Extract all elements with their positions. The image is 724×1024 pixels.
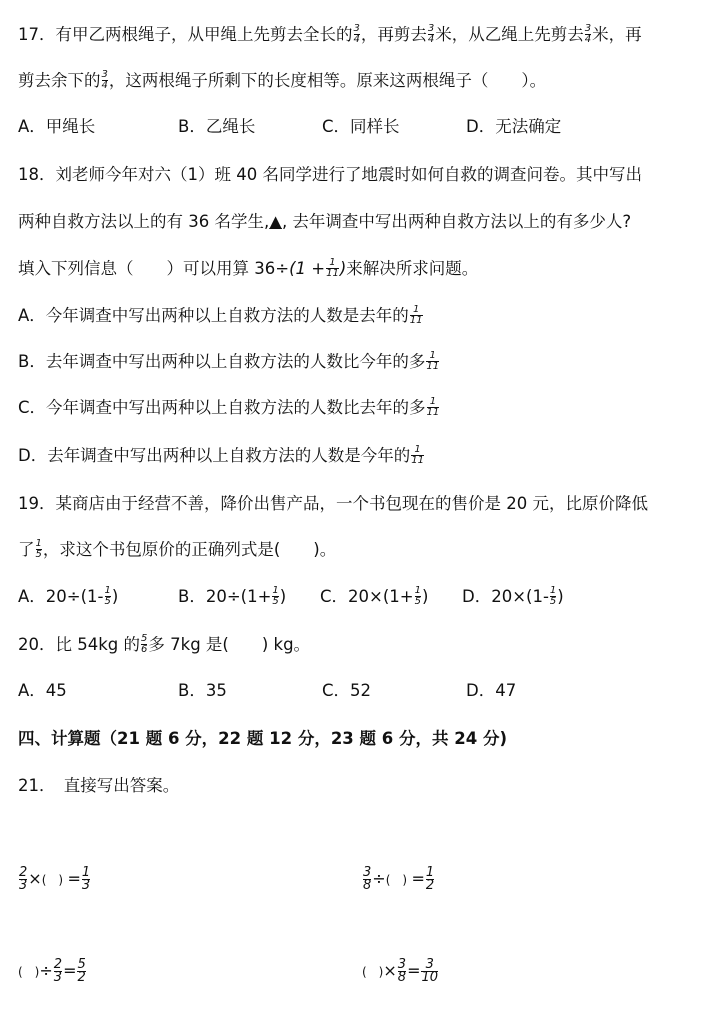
fraction: 15 — [272, 586, 278, 607]
q17-line1: 17．有甲乙两根绳子，从甲绳上先剪去全长的34，再剪去34米，从乙绳上先剪去34… — [18, 20, 642, 50]
fraction: 34 — [585, 24, 591, 45]
fraction: 13 — [82, 867, 90, 892]
fraction: 52 — [77, 959, 85, 984]
q19-line1: 19．某商店由于经营不善，降价出售产品，一个书包现在的售价是 20 元，比原价降… — [18, 489, 648, 519]
q17-option-a[interactable]: A．甲绳长 — [18, 112, 95, 142]
fraction: 12 — [426, 867, 434, 892]
q17-option-d[interactable]: D．无法确定 — [466, 112, 561, 142]
q20-option-c[interactable]: C．52 — [322, 676, 371, 706]
fraction: 310 — [421, 959, 438, 984]
q20-option-b[interactable]: B．35 — [178, 676, 227, 706]
fraction: 111 — [427, 397, 440, 418]
q19-option-c[interactable]: C．20×(1+15) — [320, 582, 428, 612]
fraction: 56 — [141, 634, 147, 655]
fraction: 15 — [415, 586, 421, 607]
q17-option-c[interactable]: C．同样长 — [322, 112, 400, 142]
calc-problem-4: ( )×38=310 — [362, 954, 439, 988]
q17-text: 17．有甲乙两根绳子，从甲绳上先剪去全长的 — [18, 25, 353, 44]
fraction: 15 — [36, 539, 42, 560]
q17-line2: 剪去余下的34，这两根绳子所剩下的长度相等。原来这两根绳子（ ）。 — [18, 66, 546, 96]
q21-title: 21． 直接写出答案。 — [18, 771, 179, 801]
fraction: 111 — [410, 305, 423, 326]
fraction: 15 — [105, 586, 111, 607]
answer-blank[interactable]: ( ) — [18, 965, 39, 979]
q18-line1: 18．刘老师今年对六（1）班 40 名同学进行了地震时如何自救的调查问卷。其中写… — [18, 160, 642, 190]
q20-option-d[interactable]: D．47 — [466, 676, 516, 706]
fraction: 34 — [102, 70, 108, 91]
q18-option-d[interactable]: D．去年调查中写出两种以上自救方法的人数是今年的111 — [18, 441, 425, 471]
answer-blank[interactable]: ( ) — [42, 873, 63, 887]
fraction: 111 — [426, 351, 439, 372]
q19-option-d[interactable]: D．20×(1-15) — [462, 582, 564, 612]
fraction: 15 — [550, 586, 556, 607]
fraction: 111 — [411, 445, 424, 466]
q20-option-a[interactable]: A．45 — [18, 676, 67, 706]
q18-line2: 两种自救方法以上的有 36 名学生,▲, 去年调查中写出两种自救方法以上的有多少… — [18, 207, 631, 237]
triangle-marker-icon: ▲ — [269, 212, 282, 231]
q18-line3: 填入下列信息（ ）可以用算 36÷(1 +111)来解决所求问题。 — [18, 254, 478, 284]
q17-option-b[interactable]: B．乙绳长 — [178, 112, 255, 142]
answer-blank[interactable]: ( ) — [362, 965, 383, 979]
fraction: 38 — [363, 867, 371, 892]
fraction: 23 — [19, 867, 27, 892]
calc-problem-3: ( )÷23=52 — [18, 954, 87, 988]
fraction: 23 — [54, 959, 62, 984]
q20-line: 20．比 54kg 的56多 7kg 是( ) kg。 — [18, 630, 310, 660]
calc-problem-2: 38÷( ) =12 — [362, 862, 435, 896]
calc-problem-1: 23×( ) =13 — [18, 862, 91, 896]
q18-option-c[interactable]: C．今年调查中写出两种以上自救方法的人数比去年的多111 — [18, 393, 440, 423]
q18-option-a[interactable]: A．今年调查中写出两种以上自救方法的人数是去年的111 — [18, 301, 424, 331]
q19-option-a[interactable]: A．20÷(1-15) — [18, 582, 118, 612]
q18-option-b[interactable]: B．去年调查中写出两种以上自救方法的人数比今年的多111 — [18, 347, 440, 377]
q19-option-b[interactable]: B．20÷(1+15) — [178, 582, 286, 612]
answer-blank[interactable]: ( ) — [386, 873, 407, 887]
fraction: 38 — [398, 959, 406, 984]
q19-line2: 了15，求这个书包原价的正确列式是( )。 — [18, 535, 336, 565]
fraction: 34 — [428, 24, 434, 45]
fraction: 111 — [326, 258, 339, 279]
section-heading: 四、计算题（21 题 6 分，22 题 12 分，23 题 6 分，共 24 分… — [18, 724, 507, 754]
fraction: 34 — [354, 24, 360, 45]
